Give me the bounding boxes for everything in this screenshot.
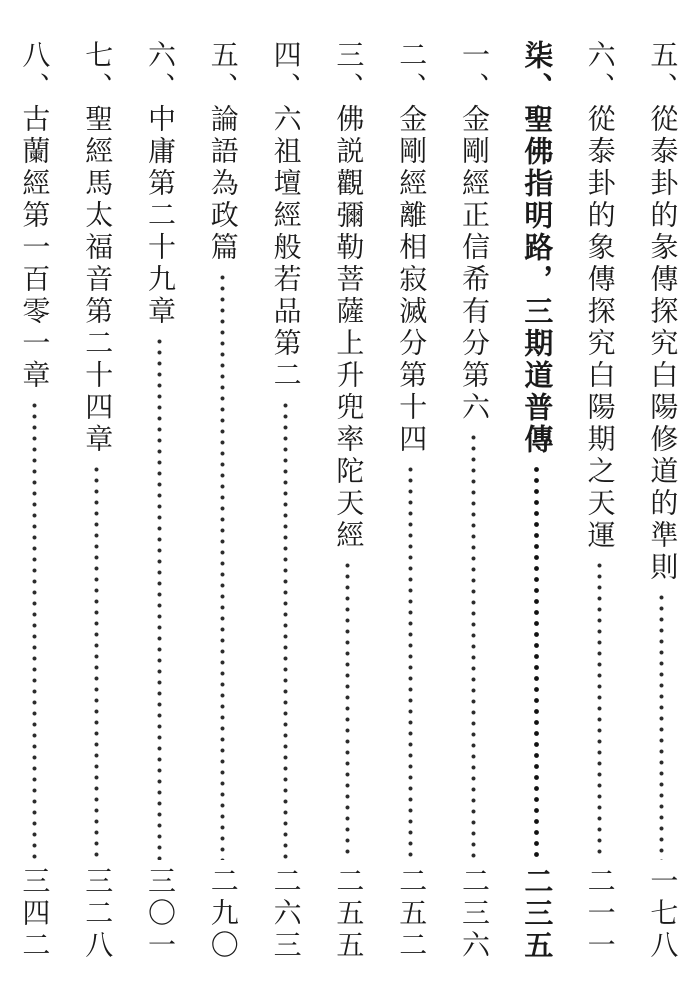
dotted-leader <box>16 400 52 860</box>
toc-column-list: 五、從泰卦的彖傳探究白陽修道的準則 一七八 六、從泰卦的象傳探究白陽期之天運 二… <box>16 40 680 962</box>
toc-entry: 柒、聖佛指明路，三期道普傳 二三五 <box>518 40 554 962</box>
toc-entry: 一、金剛經正信希有分第六 二三六 <box>456 40 492 962</box>
toc-entry-title: 二、金剛經離相寂滅分第十四 <box>395 40 426 456</box>
toc-entry: 七、聖經馬太福音第二十四章 三二八 <box>79 40 115 962</box>
toc-entry-title: 六、中庸第二十九章 <box>144 40 175 328</box>
toc-entry-title: 柒、聖佛指明路，三期道普傳 <box>520 40 552 456</box>
dotted-leader <box>79 464 115 860</box>
toc-entry-title: 五、從泰卦的彖傳探究白陽修道的準則 <box>647 40 678 584</box>
toc-entry: 二、金剛經離相寂滅分第十四 二五二 <box>393 40 429 962</box>
toc-entry-page-number: 三〇一 <box>144 866 175 962</box>
dotted-leader <box>644 592 680 860</box>
dotted-leader <box>267 400 303 860</box>
toc-entry: 四、六祖壇經般若品第二 二六三 <box>267 40 303 962</box>
toc-entry-title: 四、六祖壇經般若品第二 <box>270 40 301 392</box>
toc-entry: 六、從泰卦的象傳探究白陽期之天運 二一一 <box>581 40 617 962</box>
dotted-leader <box>393 464 429 860</box>
dotted-leader <box>204 272 240 860</box>
toc-entry-page-number: 二六三 <box>270 866 301 962</box>
toc-entry-page-number: 三四二 <box>19 866 50 962</box>
toc-entry-page-number: 三二八 <box>81 866 112 962</box>
toc-entry-title: 三、佛説觀彌勒菩薩上升兜率陀天經 <box>333 40 364 552</box>
dotted-leader <box>330 560 366 860</box>
toc-entry-title: 五、論語為政篇 <box>207 40 238 264</box>
toc-entry-title: 六、從泰卦的象傳探究白陽期之天運 <box>584 40 615 552</box>
toc-entry-page-number: 二三六 <box>458 866 489 962</box>
toc-entry-page-number: 一七八 <box>647 866 678 962</box>
toc-entry-title: 八、古蘭經第一百零一章 <box>19 40 50 392</box>
toc-entry-title: 七、聖經馬太福音第二十四章 <box>81 40 112 456</box>
toc-entry: 五、從泰卦的彖傳探究白陽修道的準則 一七八 <box>644 40 680 962</box>
toc-entry: 三、佛説觀彌勒菩薩上升兜率陀天經 二五五 <box>330 40 366 962</box>
toc-entry: 八、古蘭經第一百零一章 三四二 <box>16 40 52 962</box>
toc-entry-page-number: 二九〇 <box>207 866 238 962</box>
toc-entry-page-number: 二五二 <box>395 866 426 962</box>
toc-entry-title: 一、金剛經正信希有分第六 <box>458 40 489 424</box>
dotted-leader <box>518 464 554 860</box>
dotted-leader <box>142 336 178 860</box>
toc-entry-page-number: 二三五 <box>520 866 552 962</box>
toc-entry-page-number: 二五五 <box>333 866 364 962</box>
dotted-leader <box>456 432 492 860</box>
toc-entry: 六、中庸第二十九章 三〇一 <box>142 40 178 962</box>
toc-page: 五、從泰卦的彖傳探究白陽修道的準則 一七八 六、從泰卦的象傳探究白陽期之天運 二… <box>0 0 700 992</box>
toc-entry: 五、論語為政篇 二九〇 <box>204 40 240 962</box>
toc-entry-page-number: 二一一 <box>584 866 615 962</box>
dotted-leader <box>581 560 617 860</box>
